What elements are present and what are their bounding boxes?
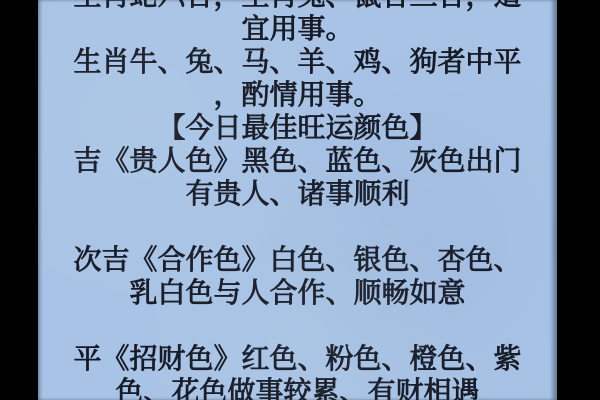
text-line-blank-2 <box>38 309 557 342</box>
letterbox-background: 生肖蛇六合，生肖兔、鼠合三合，适 宜用事。 生肖牛、兔、马、羊、鸡、狗者中平 ，… <box>0 0 600 400</box>
text-line-zodiac-neutral: 生肖牛、兔、马、羊、鸡、狗者中平 <box>38 45 557 78</box>
text-line-suitable: 宜用事。 <box>38 12 557 45</box>
text-line-cooperation-colors: 次吉《合作色》白色、银色、杏色、 <box>38 243 557 276</box>
text-line-lucky-noble-effect: 有贵人、诸事顺利 <box>38 177 557 210</box>
text-line-zodiac-harmony: 生肖蛇六合，生肖兔、鼠合三合，适 <box>38 0 557 12</box>
text-line-section-heading: 【今日最佳旺运颜色】 <box>38 111 557 144</box>
text-line-blank-1 <box>38 210 557 243</box>
fortune-image-panel: 生肖蛇六合，生肖兔、鼠合三合，适 宜用事。 生肖牛、兔、马、羊、鸡、狗者中平 ，… <box>38 0 557 400</box>
text-line-wealth-colors: 平《招财色》红色、粉色、橙色、紫 <box>38 342 557 375</box>
text-line-discretion: ，酌情用事。 <box>38 78 557 111</box>
text-line-cooperation-effect: 乳白色与人合作、顺畅如意 <box>38 276 557 309</box>
fortune-text-block: 生肖蛇六合，生肖兔、鼠合三合，适 宜用事。 生肖牛、兔、马、羊、鸡、狗者中平 ，… <box>38 0 557 400</box>
text-line-lucky-noble-colors: 吉《贵人色》黑色、蓝色、灰色出门 <box>38 144 557 177</box>
text-line-wealth-effect: 色、花色做事较累、有财相遇 <box>38 375 557 400</box>
